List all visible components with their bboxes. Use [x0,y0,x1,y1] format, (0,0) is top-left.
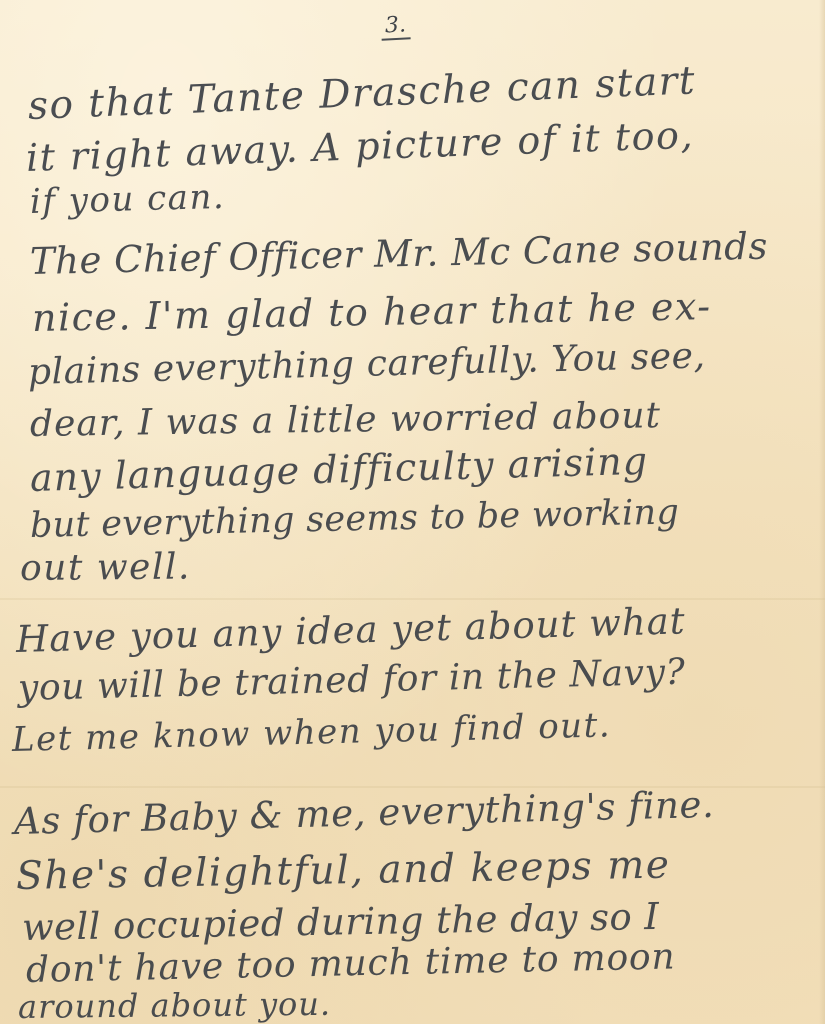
letter-line: if you can. [29,177,225,222]
letter-line: around about you. [18,985,331,1024]
paper-crease [0,598,825,600]
paper-edge-shadow [819,0,825,1024]
page-number: 3. [380,13,410,40]
letter-line: out well. [20,547,191,589]
